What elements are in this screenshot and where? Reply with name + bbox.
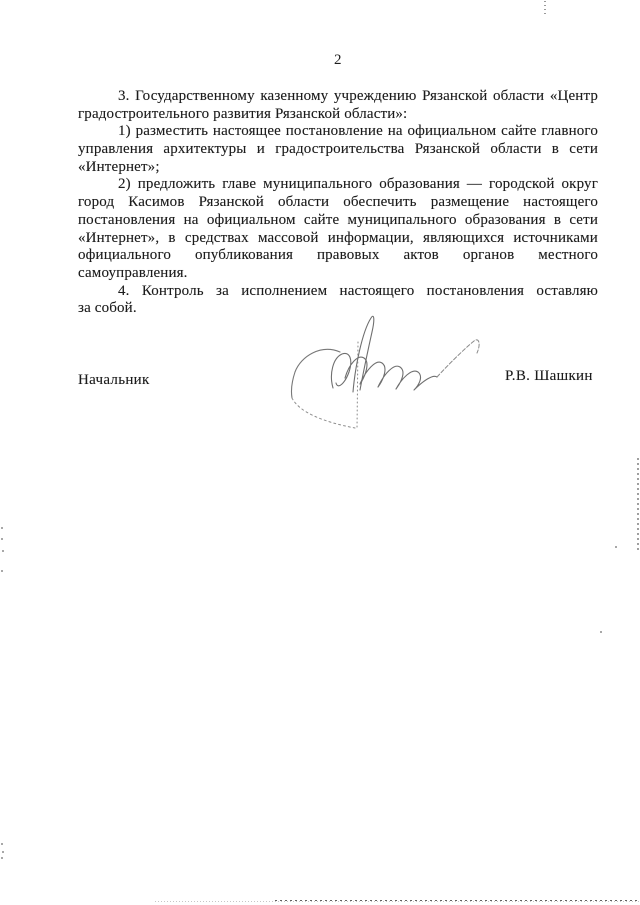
document-line: управления архитектуры и градостроительс…	[78, 141, 598, 159]
document-line: 3. Государственному казенному учреждению…	[78, 88, 598, 106]
document-line: город Касимов Рязанской области обеспечи…	[78, 194, 598, 212]
scan-artifact-dot	[1, 527, 3, 529]
document-line: «Интернет», в средствах массовой информа…	[78, 230, 598, 248]
document-line: 1) разместить настоящее постановление на…	[78, 123, 598, 141]
signatory-title: Начальник	[78, 372, 150, 389]
document-line: «Интернет»;	[78, 159, 598, 177]
scan-artifact-dot	[1, 857, 3, 859]
document-line: 2) предложить главе муниципального образ…	[78, 176, 598, 194]
scan-artifact-dot	[615, 546, 617, 548]
scan-artifact-right-dotted-line	[637, 458, 639, 550]
document-line: 4. Контроль за исполнением настоящего по…	[78, 283, 598, 301]
page-number: 2	[78, 52, 598, 69]
document-line: постановления на официальном сайте муниц…	[78, 212, 598, 230]
scan-artifact-dot	[600, 631, 602, 633]
scan-artifact-dot	[1, 538, 3, 540]
document-line: самоуправления.	[78, 265, 598, 283]
handwritten-signature-icon	[283, 310, 483, 430]
scan-artifact-dot	[2, 550, 4, 552]
document-line: официального опубликования правовых акто…	[78, 247, 598, 265]
document-line: градостроительного развития Рязанской об…	[78, 106, 598, 124]
scan-artifact-dot	[1, 843, 3, 845]
scan-artifact-dot	[2, 851, 4, 853]
scan-artifact-bottom-dotted-line	[155, 899, 640, 902]
document-body: 3. Государственному казенному учреждению…	[78, 88, 598, 318]
signatory-name: Р.В. Шашкин	[505, 368, 593, 385]
scan-artifact-top-dotted-tick	[544, 1, 546, 15]
scanned-document-page: 2 3. Государственному казенному учрежден…	[0, 0, 640, 905]
scan-artifact-dot	[1, 570, 3, 572]
